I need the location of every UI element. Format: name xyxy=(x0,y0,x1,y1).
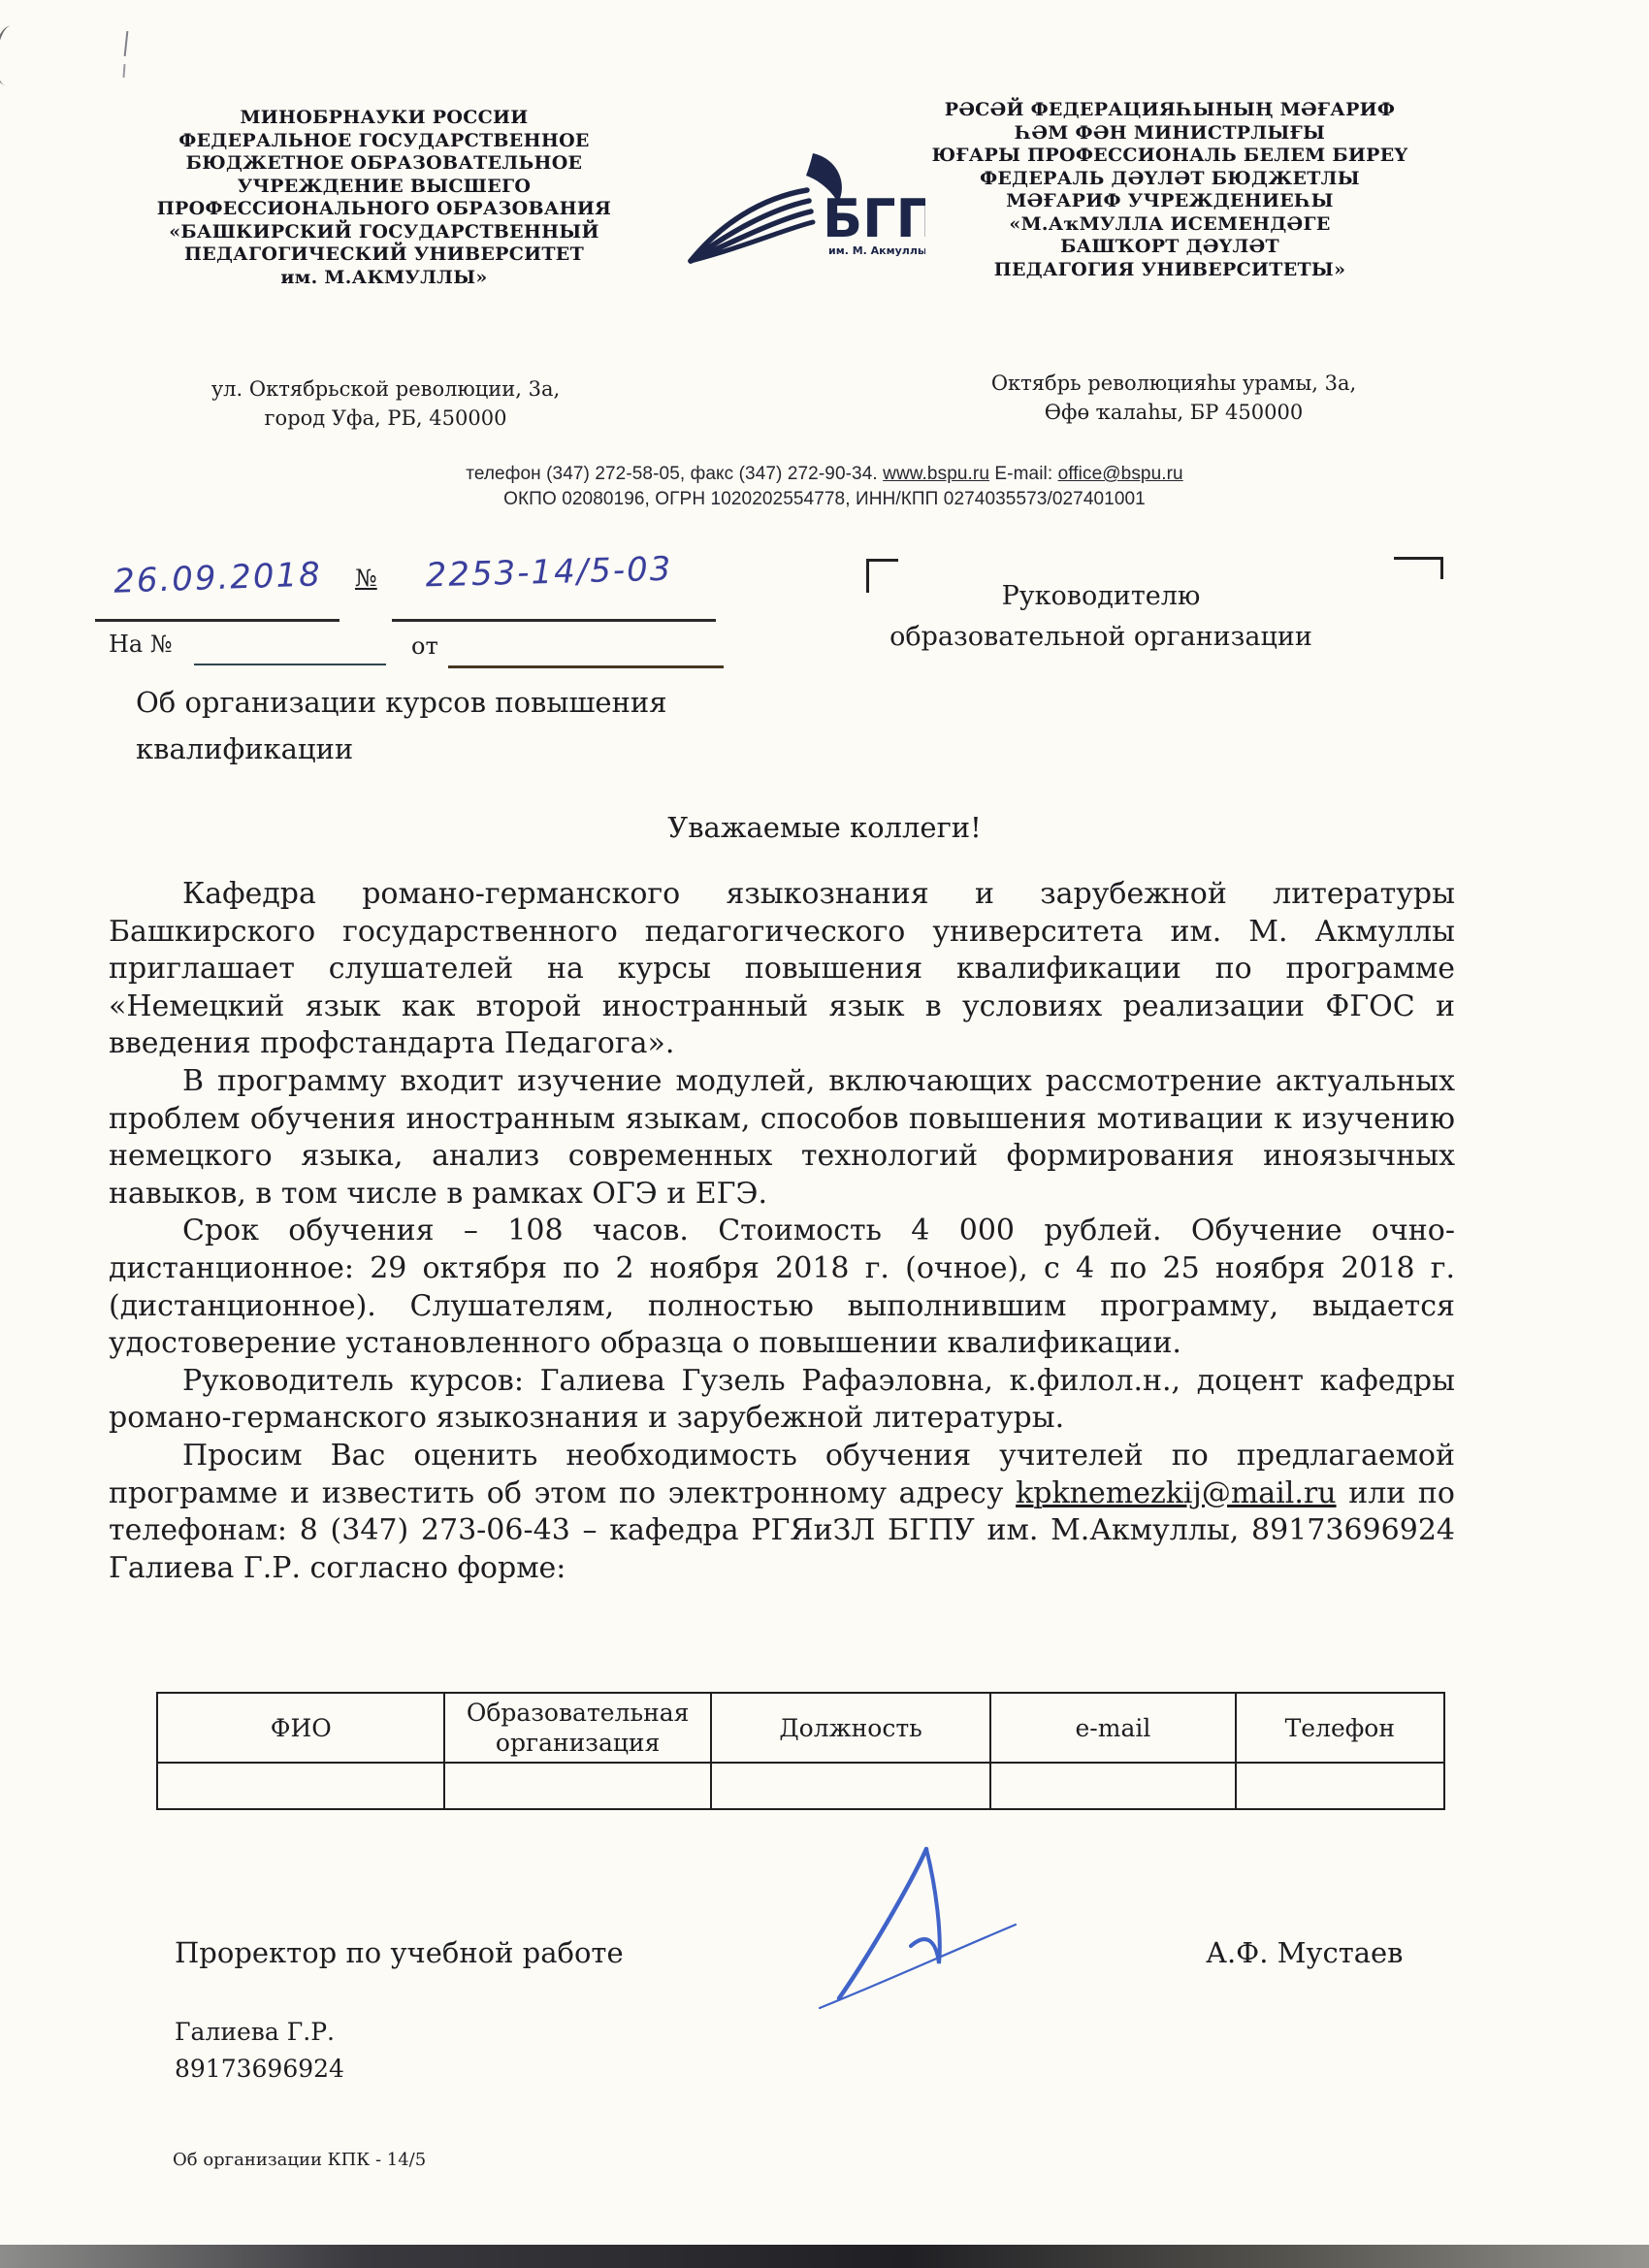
recipient-line: образовательной организации xyxy=(878,617,1324,658)
empty-cell xyxy=(1236,1763,1444,1809)
address-russian: ул. Октябрьской революции, 3а, город Уфа… xyxy=(121,374,650,433)
org-line: БАШҠОРТ ДӘҮЛӘТ xyxy=(914,236,1426,259)
subject-line: Об организации курсов повышения xyxy=(136,679,667,726)
table-header-row: ФИО Образовательная организация Должност… xyxy=(157,1693,1444,1763)
executor-block: Галиева Г.Р. 89173696924 xyxy=(175,2014,344,2088)
org-line: «М.АҡМУЛЛА ИСЕМЕНДӘГЕ xyxy=(914,213,1426,237)
table-empty-row xyxy=(157,1763,1444,1809)
response-form-table: ФИО Образовательная организация Должност… xyxy=(156,1692,1445,1810)
subject-line: квалификации xyxy=(136,726,667,772)
org-line: ФЕДЕРАЛЬНОЕ ГОСУДАРСТВЕННОЕ xyxy=(109,130,660,153)
date-underline xyxy=(95,619,339,622)
reply-date-blank-line xyxy=(448,665,724,668)
reply-date-label: от xyxy=(411,632,438,660)
signer-name: А.Ф. Мустаев xyxy=(1206,1936,1404,1969)
address-line: город Уфа, РБ, 450000 xyxy=(121,404,650,433)
footer-file-note: Об организации КПК - 14/5 xyxy=(173,2150,426,2170)
body-paragraph: Просим Вас оценить необходимость обучени… xyxy=(109,1438,1455,1587)
letterhead-org-name-bashkir: РӘСӘЙ ФЕДЕРАЦИЯҺЫНЫҢ МӘҒАРИФ ҺӘМ ФӘН МИН… xyxy=(914,99,1426,281)
column-header-phone: Телефон xyxy=(1236,1693,1444,1763)
contact-line: телефон (347) 272-58-05, факс (347) 272-… xyxy=(19,462,1630,487)
handwritten-date: 26.09.2018 xyxy=(98,555,337,602)
scan-artifact-paren xyxy=(0,24,21,86)
bspu-logo-icon: БГПУ им. М. Акмуллы xyxy=(681,151,925,268)
empty-cell xyxy=(990,1763,1235,1809)
contact-email-text: kpknemezkij@mail.ru xyxy=(1016,1476,1336,1510)
logo-caption-text: им. М. Акмуллы xyxy=(828,244,925,257)
empty-cell xyxy=(444,1763,710,1809)
org-line: РӘСӘЙ ФЕДЕРАЦИЯҺЫНЫҢ МӘҒАРИФ xyxy=(914,99,1426,122)
org-line: «БАШКИРСКИЙ ГОСУДАРСТВЕННЫЙ xyxy=(109,221,660,244)
org-line: МИНОБРНАУКИ РОССИИ xyxy=(109,107,660,130)
number-underline xyxy=(392,619,716,622)
registry-codes-line: ОКПО 02080196, ОГРН 1020202554778, ИНН/К… xyxy=(19,487,1630,512)
salutation: Уважаемые коллеги! xyxy=(19,811,1630,844)
handwritten-signature xyxy=(810,1841,1033,2016)
column-header-fio: ФИО xyxy=(157,1693,444,1763)
letter-body: Кафедра романо-германского языкознания и… xyxy=(109,876,1455,1587)
column-header-organization: Образовательная организация xyxy=(444,1693,710,1763)
org-line: ЮҒАРЫ ПРОФЕССИОНАЛЬ БЕЛЕМ БИРЕҮ xyxy=(914,145,1426,168)
column-header-position: Должность xyxy=(711,1693,990,1763)
body-paragraph: Кафедра романо-германского языкознания и… xyxy=(109,876,1455,1063)
phone-fax-text: телефон (347) 272-58-05, факс (347) 272-… xyxy=(466,464,883,484)
executor-phone: 89173696924 xyxy=(175,2051,344,2088)
scanned-letter-page: { "document": { "header_left": { "lines"… xyxy=(0,0,1649,2268)
org-line: ПЕДАГОГИЯ УНИВЕРСИТЕТЫ» xyxy=(914,259,1426,282)
body-paragraph: В программу входит изучение модулей, вкл… xyxy=(109,1063,1455,1213)
reply-to-number-label: На № xyxy=(109,631,173,658)
number-sign-label: № xyxy=(355,565,377,592)
address-line: ул. Октябрьской революции, 3а, xyxy=(121,374,650,404)
org-line: ФЕДЕРАЛЬ ДӘҮЛӘТ БЮДЖЕТЛЫ xyxy=(914,168,1426,191)
org-line: ҺӘМ ФӘН МИНИСТРЛЫҒЫ xyxy=(914,122,1426,146)
letterhead-org-name-russian: МИНОБРНАУКИ РОССИИ ФЕДЕРАЛЬНОЕ ГОСУДАРСТ… xyxy=(109,107,660,289)
website-link-text: www.bspu.ru xyxy=(883,464,989,484)
org-line: УЧРЕЖДЕНИЕ ВЫСШЕГО xyxy=(109,176,660,199)
address-line: Өфө ҡалаһы, БР 450000 xyxy=(921,398,1426,427)
body-paragraph: Срок обучения – 108 часов. Стоимость 4 0… xyxy=(109,1213,1455,1362)
empty-cell xyxy=(157,1763,444,1809)
org-line: МӘҒАРИФ УЧРЕЖДЕНИЕҺЫ xyxy=(914,190,1426,213)
org-line: БЮДЖЕТНОЕ ОБРАЗОВАТЕЛЬНОЕ xyxy=(109,152,660,176)
email-label: E-mail: xyxy=(989,464,1058,484)
scan-artifact-tick xyxy=(124,31,129,56)
org-line: им. М.АКМУЛЛЫ» xyxy=(109,267,660,290)
column-header-email: e-mail xyxy=(990,1693,1235,1763)
address-corner-mark-right xyxy=(1394,557,1443,579)
signer-position: Проректор по учебной работе xyxy=(175,1936,624,1969)
recipient-line: Руководителю xyxy=(878,576,1324,617)
logo-acronym-text: БГПУ xyxy=(823,188,925,249)
org-line: ПЕДАГОГИЧЕСКИЙ УНИВЕРСИТЕТ xyxy=(109,243,660,267)
executor-name: Галиева Г.Р. xyxy=(175,2014,344,2051)
reply-number-blank-line xyxy=(194,664,386,665)
email-link-text: office@bspu.ru xyxy=(1058,464,1183,484)
org-line: ПРОФЕССИОНАЛЬНОГО ОБРАЗОВАНИЯ xyxy=(109,198,660,221)
scan-bottom-edge xyxy=(0,2245,1649,2268)
letter-subject: Об организации курсов повышения квалифик… xyxy=(136,679,667,772)
scan-artifact-tick2 xyxy=(123,64,126,78)
address-bashkir: Октябрь революцияһы урамы, 3а, Өфө ҡалаһ… xyxy=(921,369,1426,427)
address-line: Октябрь революцияһы урамы, 3а, xyxy=(921,369,1426,398)
contact-block: телефон (347) 272-58-05, факс (347) 272-… xyxy=(19,462,1630,512)
handwritten-outgoing-number: 2253-14/5-03 xyxy=(394,549,705,596)
empty-cell xyxy=(711,1763,990,1809)
body-paragraph: Руководитель курсов: Галиева Гузель Рафа… xyxy=(109,1363,1455,1438)
recipient-block: Руководителю образовательной организации xyxy=(878,576,1324,658)
